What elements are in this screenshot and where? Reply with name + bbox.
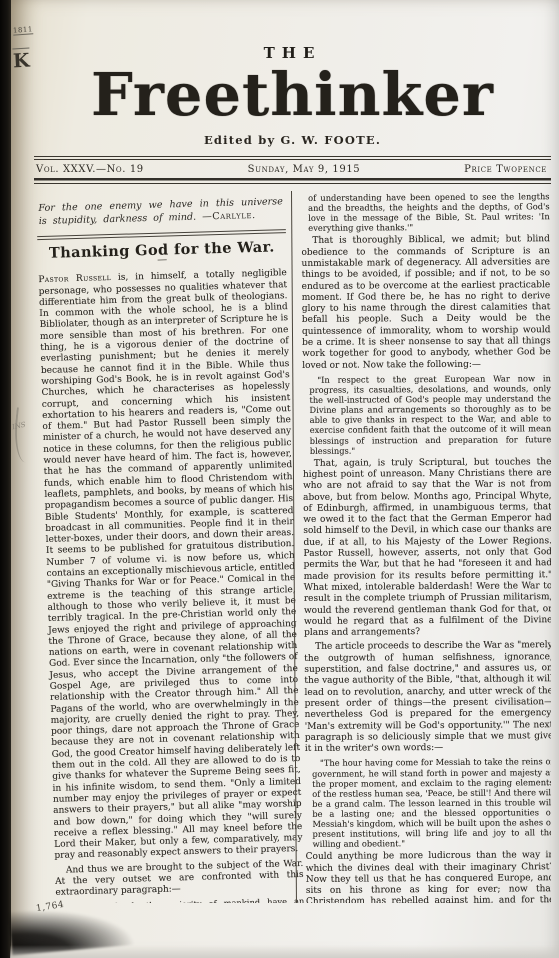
- paragraph-4: That, again, is truly Scriptural, but to…: [302, 457, 551, 639]
- page-content: THE Freethinker Edited by G. W. FOOTE. V…: [34, 0, 551, 958]
- paragraph-3: That is thoroughly Biblical, we admit; b…: [301, 235, 550, 372]
- article-columns: For the one enemy we have in this univer…: [34, 191, 551, 903]
- date-label: Sunday, May 9, 1915: [248, 164, 361, 175]
- volume-label: Vol. XXXV.—No. 19: [36, 164, 144, 175]
- masthead-editor-line: Edited by G. W. FOOTE.: [34, 133, 551, 147]
- blockquote-3: "The hour having come for Messiah to tak…: [304, 757, 551, 850]
- bottom-page-edge: [10, 945, 559, 958]
- blockquote-1-continuation: of understanding have been opened to see…: [301, 191, 550, 233]
- paragraph-2: And thus we are brought to the subject o…: [55, 859, 304, 900]
- masthead-bottom-rule: [34, 178, 551, 184]
- masthead-title: Freethinker: [34, 65, 551, 124]
- paragraph-5: The article proceeds to describe the War…: [304, 641, 551, 756]
- scanned-newspaper-page: 1811 K INS THE Freethinker Edited by G. …: [0, 0, 559, 958]
- blockquote-2: "In respect to the great European War no…: [302, 373, 551, 455]
- paragraph-1: Pastor Russell is, in himself, a totally…: [38, 268, 303, 862]
- paragraph-1-text: is, in himself, a totally negligible per…: [39, 268, 303, 861]
- left-column: For the one enemy we have in this univer…: [34, 191, 310, 903]
- binding-gutter: [0, 0, 11, 958]
- lead-small-caps: Pastor Russell: [38, 273, 111, 285]
- issue-info-row: Vol. XXXV.—No. 19 Sunday, May 9, 1915 Pr…: [34, 160, 551, 178]
- right-column: of understanding have been opened to see…: [291, 191, 552, 903]
- epigraph: For the one enemy we have in this univer…: [36, 193, 285, 234]
- epigraph-attribution: —Carlyle.: [202, 210, 256, 222]
- paragraph-6: Could anything be more ludicrous than th…: [305, 850, 551, 903]
- price-label: Price Twopence: [464, 164, 547, 175]
- masthead-kicker: THE: [34, 0, 551, 62]
- spine-stamp-number: 1811: [13, 25, 33, 35]
- spine-letter-mark: K: [12, 48, 30, 73]
